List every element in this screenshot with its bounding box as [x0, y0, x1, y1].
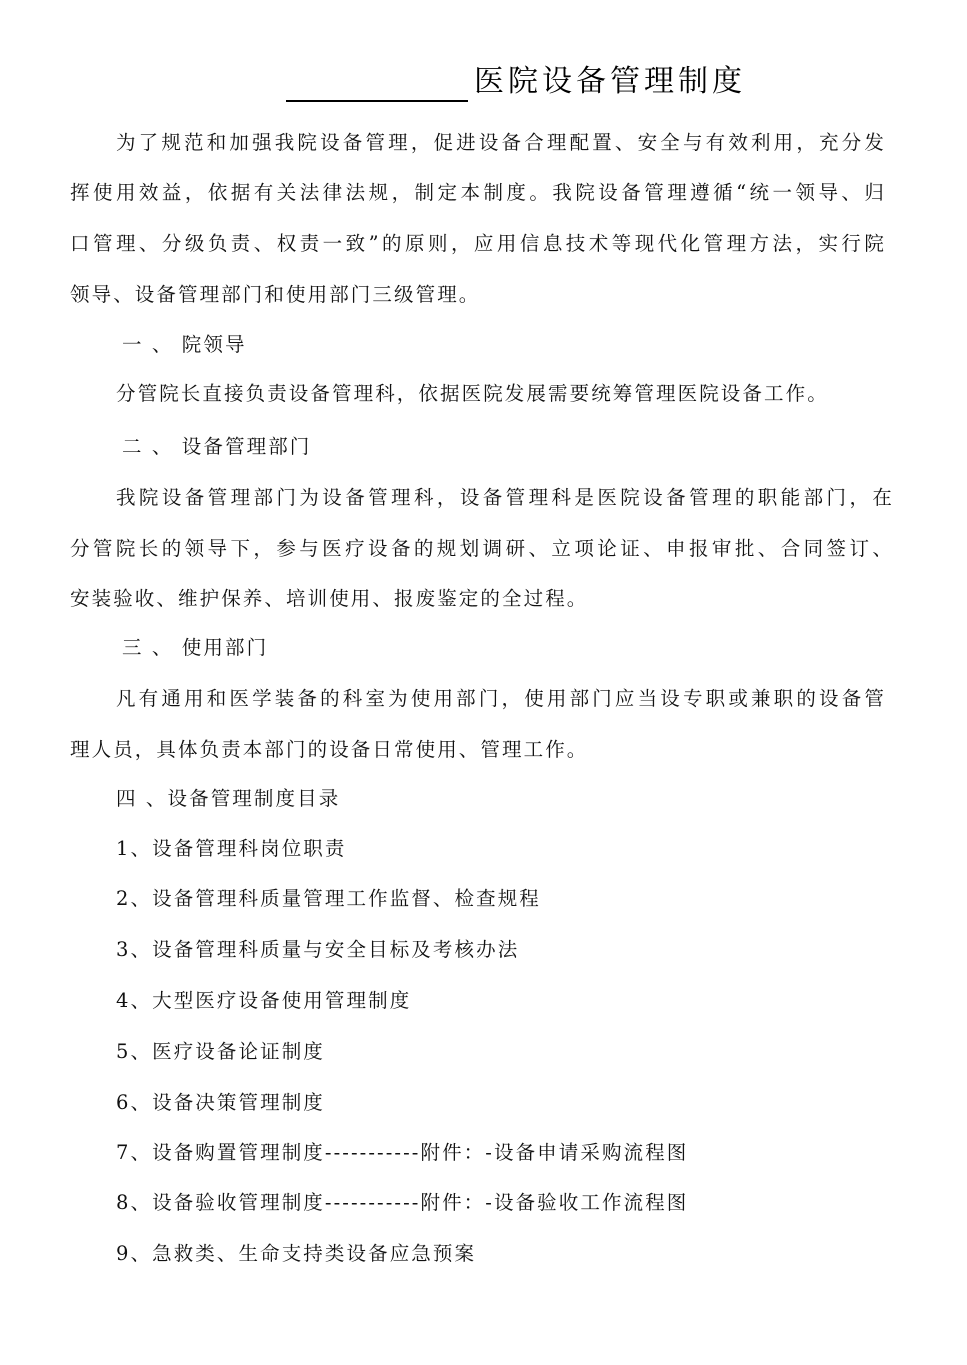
- section-2-line-1: 我院设备管理部门为设备管理科，设备管理科是医院设备管理的职能部门，在: [116, 485, 894, 511]
- catalog-item-1: 1、设备管理科岗位职责: [116, 836, 347, 862]
- intro-line-2: 挥使用效益，依据有关法律法规，制定本制度。我院设备管理遵循“统一领导、归: [70, 180, 886, 206]
- intro-line-1: 为了规范和加强我院设备管理，促进设备合理配置、安全与有效利用，充分发: [116, 130, 886, 156]
- catalog-item-7: 7、设备购置管理制度-----------附件：-设备申请采购流程图: [116, 1140, 688, 1166]
- section-heading-catalog: 四 、设备管理制度目录: [116, 786, 340, 812]
- section-heading-user-dept: 三 、 使用部门: [122, 635, 268, 661]
- section-3-line-2: 理人员，具体负责本部门的设备日常使用、管理工作。: [70, 737, 588, 763]
- section-heading-hospital-leadership: 一 、 院领导: [122, 332, 247, 358]
- catalog-item-2: 2、设备管理科质量管理工作监督、检查规程: [116, 886, 541, 912]
- document-title: 医院设备管理制度: [474, 62, 746, 102]
- catalog-item-6: 6、设备决策管理制度: [116, 1090, 325, 1116]
- section-2-line-2: 分管院长的领导下，参与医疗设备的规划调研、立项论证、申报审批、合同签订、: [70, 536, 894, 562]
- catalog-item-9: 9、急救类、生命支持类设备应急预案: [116, 1241, 476, 1267]
- document-title-row: 医院设备管理制度: [286, 58, 746, 102]
- document-page: 医院设备管理制度 为了规范和加强我院设备管理，促进设备合理配置、安全与有效利用，…: [0, 0, 967, 1365]
- intro-line-3: 口管理、分级负责、权责一致”的原则，应用信息技术等现代化管理方法，实行院: [70, 231, 886, 257]
- section-heading-equipment-dept: 二 、 设备管理部门: [122, 434, 311, 460]
- section-2-line-3: 安装验收、维护保养、培训使用、报废鉴定的全过程。: [70, 586, 588, 612]
- title-blank-underline: [286, 62, 468, 102]
- catalog-item-8: 8、设备验收管理制度-----------附件：-设备验收工作流程图: [116, 1190, 688, 1216]
- catalog-item-3: 3、设备管理科质量与安全目标及考核办法: [116, 937, 519, 963]
- intro-line-4: 领导、设备管理部门和使用部门三级管理。: [70, 282, 480, 308]
- section-1-line-1: 分管院长直接负责设备管理科，依据医院发展需要统筹管理医院设备工作。: [116, 381, 829, 407]
- catalog-item-4: 4、大型医疗设备使用管理制度: [116, 988, 411, 1014]
- catalog-item-5: 5、医疗设备论证制度: [116, 1039, 325, 1065]
- section-3-line-1: 凡有通用和医学装备的科室为使用部门，使用部门应当设专职或兼职的设备管: [116, 686, 886, 712]
